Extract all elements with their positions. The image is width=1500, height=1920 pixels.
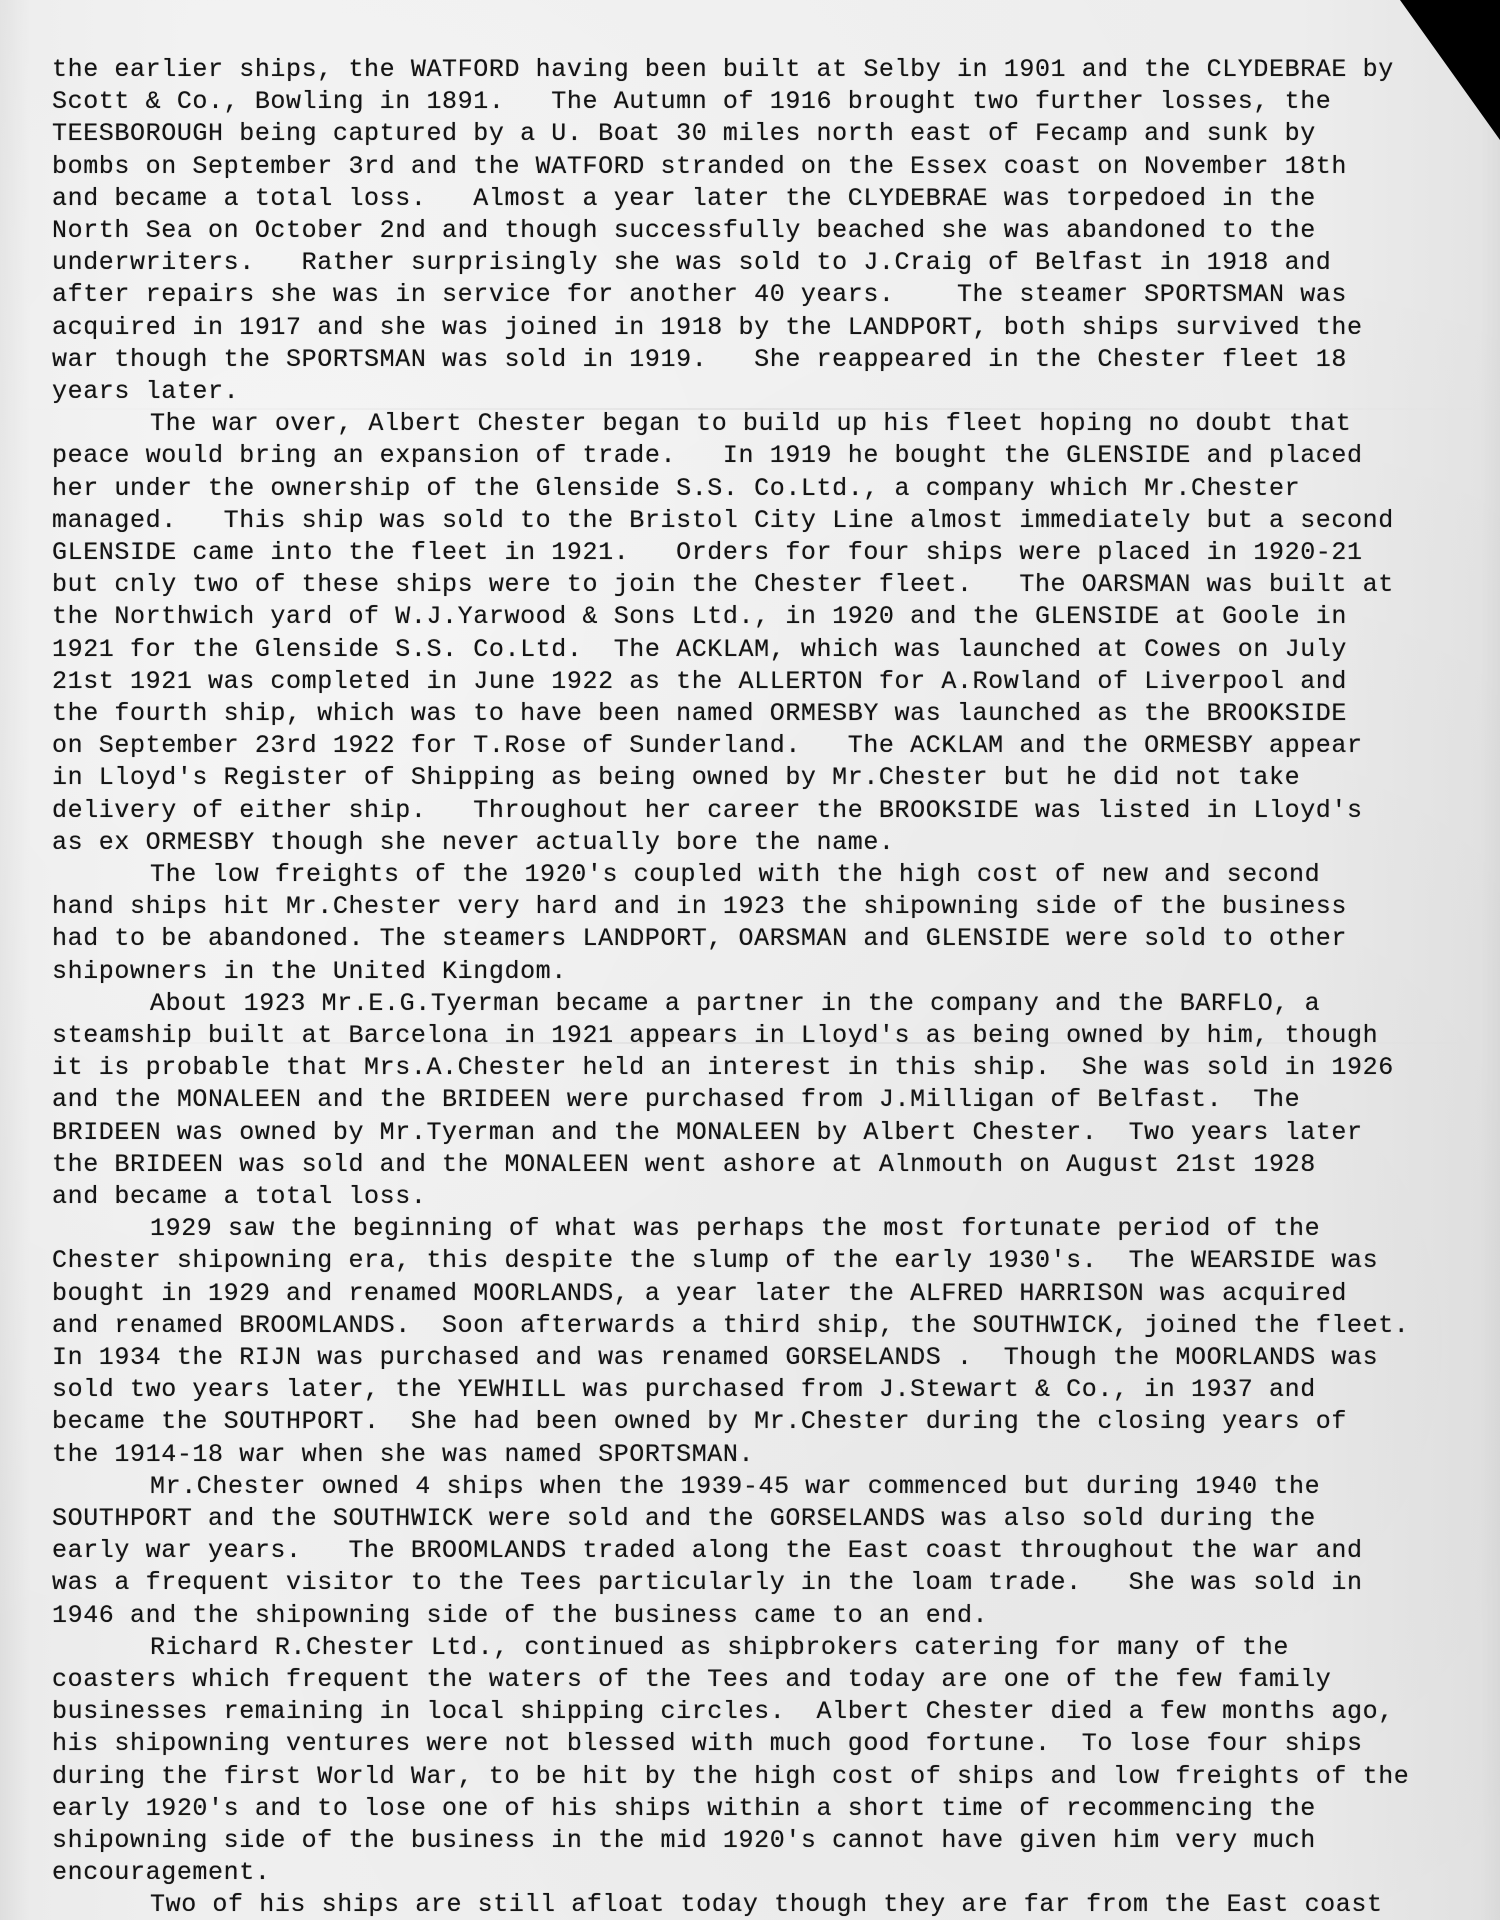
text-line: years later. xyxy=(52,377,239,407)
text-line: steamship built at Barcelona in 1921 app… xyxy=(52,1021,1378,1051)
text-line: the fourth ship, which was to have been … xyxy=(52,699,1347,729)
text-line: and became a total loss. Almost a year l… xyxy=(52,184,1316,214)
text-line: it is probable that Mrs.A.Chester held a… xyxy=(52,1053,1394,1083)
text-line: and became a total loss. xyxy=(52,1182,426,1212)
text-line: became the SOUTHPORT. She had been owned… xyxy=(52,1407,1347,1437)
text-line: 1946 and the shipowning side of the busi… xyxy=(52,1601,988,1631)
text-line: his shipowning ventures were not blessed… xyxy=(52,1729,1363,1759)
text-line: Chester shipowning era, this despite the… xyxy=(52,1246,1378,1276)
text-line: after repairs she was in service for ano… xyxy=(52,280,1347,310)
text-line: her under the ownership of the Glenside … xyxy=(52,474,1300,504)
text-line: delivery of either ship. Throughout her … xyxy=(52,796,1363,826)
text-line: Two of his ships are still afloat today … xyxy=(150,1890,1383,1920)
typewritten-page: the earlier ships, the WATFORD having be… xyxy=(0,0,1500,1920)
text-line: About 1923 Mr.E.G.Tyerman became a partn… xyxy=(150,989,1320,1019)
text-line: early war years. The BROOMLANDS traded a… xyxy=(52,1536,1363,1566)
text-line: and renamed BROOMLANDS. Soon afterwards … xyxy=(52,1311,1409,1341)
text-line: underwriters. Rather surprisingly she wa… xyxy=(52,248,1331,278)
text-line: peace would bring an expansion of trade.… xyxy=(52,441,1363,471)
folded-corner xyxy=(1400,0,1500,140)
text-line: in Lloyd's Register of Shipping as being… xyxy=(52,763,1300,793)
text-line: early 1920's and to lose one of his ship… xyxy=(52,1794,1316,1824)
text-line: Richard R.Chester Ltd., continued as shi… xyxy=(150,1633,1289,1663)
text-line: shipowners in the United Kingdom. xyxy=(52,957,567,987)
text-line: war though the SPORTSMAN was sold in 191… xyxy=(52,345,1347,375)
text-line: acquired in 1917 and she was joined in 1… xyxy=(52,313,1363,343)
text-line: and the MONALEEN and the BRIDEEN were pu… xyxy=(52,1085,1300,1115)
text-line: on September 23rd 1922 for T.Rose of Sun… xyxy=(52,731,1363,761)
text-line: the Northwich yard of W.J.Yarwood & Sons… xyxy=(52,602,1347,632)
text-line: 21st 1921 was completed in June 1922 as … xyxy=(52,667,1347,697)
text-line: as ex ORMESBY though she never actually … xyxy=(52,828,895,858)
text-line: bought in 1929 and renamed MOORLANDS, a … xyxy=(52,1279,1347,1309)
text-line: SOUTHPORT and the SOUTHWICK were sold an… xyxy=(52,1504,1316,1534)
text-line: 1929 saw the beginning of what was perha… xyxy=(150,1214,1320,1244)
text-line: shipowning side of the business in the m… xyxy=(52,1826,1316,1856)
text-line: businesses remaining in local shipping c… xyxy=(52,1697,1394,1727)
text-line: In 1934 the RIJN was purchased and was r… xyxy=(52,1343,1378,1373)
text-line: TEESBOROUGH being captured by a U. Boat … xyxy=(52,119,1316,149)
text-line: North Sea on October 2nd and though succ… xyxy=(52,216,1316,246)
text-line: the BRIDEEN was sold and the MONALEEN we… xyxy=(52,1150,1316,1180)
text-line: sold two years later, the YEWHILL was pu… xyxy=(52,1375,1316,1405)
text-line: BRIDEEN was owned by Mr.Tyerman and the … xyxy=(52,1118,1363,1148)
text-line: the 1914-18 war when she was named SPORT… xyxy=(52,1440,754,1470)
text-line: hand ships hit Mr.Chester very hard and … xyxy=(52,892,1347,922)
text-line: Scott & Co., Bowling in 1891. The Autumn… xyxy=(52,87,1331,117)
text-line: encouragement. xyxy=(52,1858,270,1888)
text-line: managed. This ship was sold to the Brist… xyxy=(52,506,1394,536)
text-line: The low freights of the 1920's coupled w… xyxy=(150,860,1320,890)
text-line: Mr.Chester owned 4 ships when the 1939-4… xyxy=(150,1472,1320,1502)
text-line: coasters which frequent the waters of th… xyxy=(52,1665,1331,1695)
text-line: The war over, Albert Chester began to bu… xyxy=(150,409,1351,439)
text-line: bombs on September 3rd and the WATFORD s… xyxy=(52,152,1347,182)
text-line: during the first World War, to be hit by… xyxy=(52,1762,1409,1792)
text-line: had to be abandoned. The steamers LANDPO… xyxy=(52,924,1347,954)
text-line: 1921 for the Glenside S.S. Co.Ltd. The A… xyxy=(52,635,1347,665)
text-line: but cnly two of these ships were to join… xyxy=(52,570,1394,600)
text-line: was a frequent visitor to the Tees parti… xyxy=(52,1568,1363,1598)
text-line: the earlier ships, the WATFORD having be… xyxy=(52,55,1394,85)
text-line: GLENSIDE came into the fleet in 1921. Or… xyxy=(52,538,1363,568)
